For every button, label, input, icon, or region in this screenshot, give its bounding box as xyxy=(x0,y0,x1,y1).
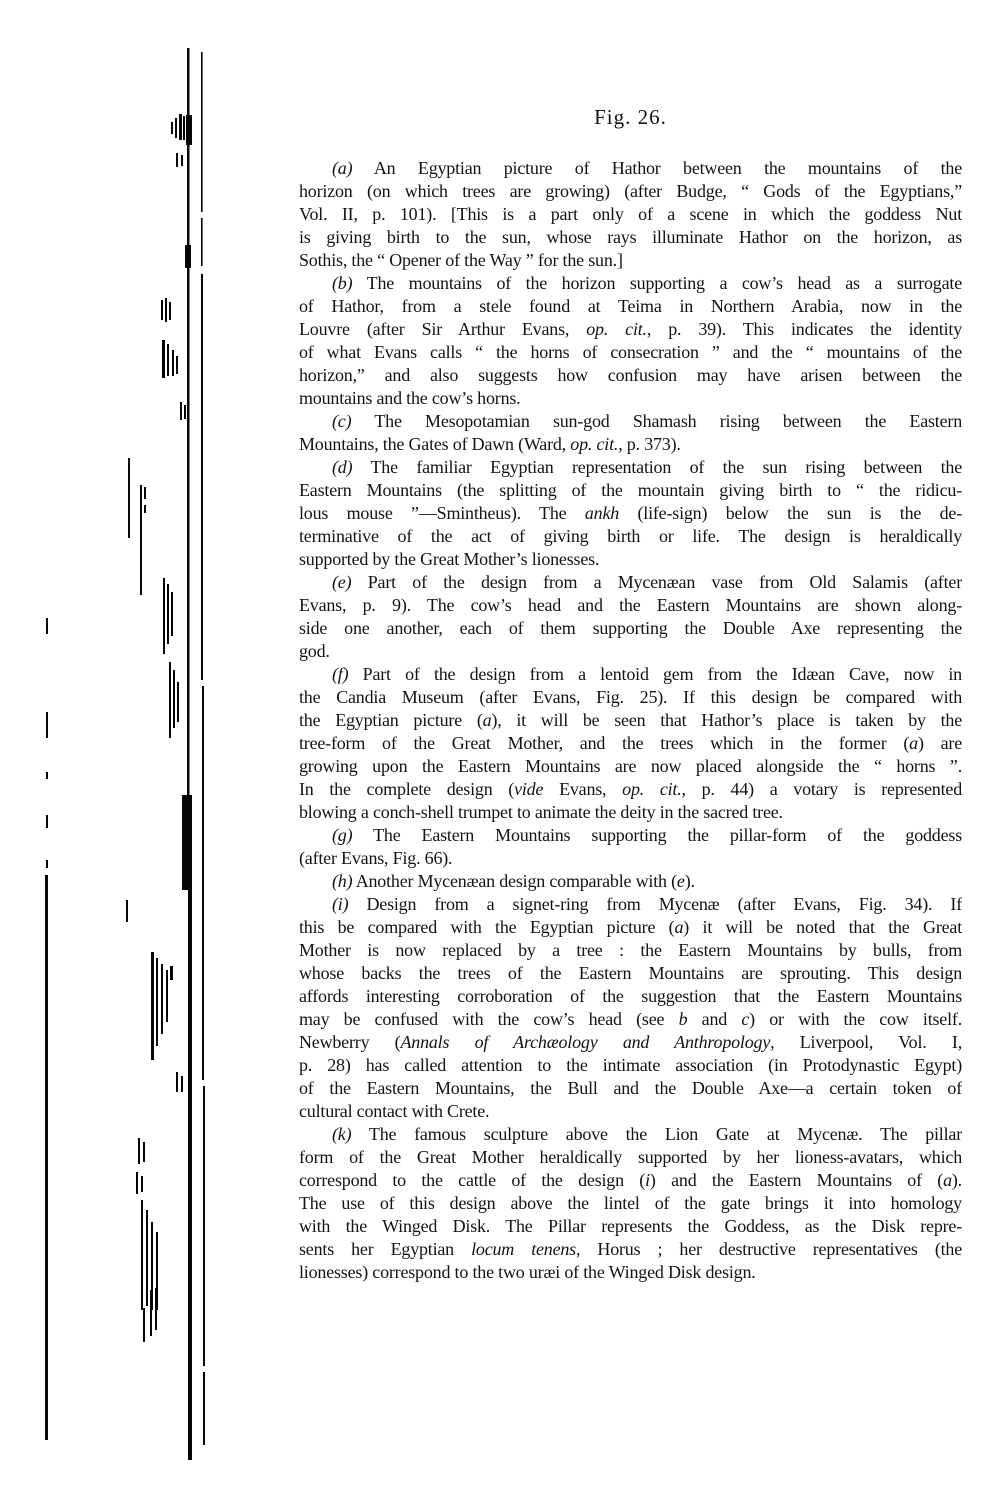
caption-line: cultural contact with Crete. xyxy=(299,1100,962,1123)
caption-line: (d) The familiar Egyptian representation… xyxy=(299,456,962,479)
caption-line: affords interesting corroboration of the… xyxy=(299,985,962,1008)
caption-line: sents her Egyptian locum tenens, Horus ;… xyxy=(299,1238,962,1261)
caption-line: (f) Part of the design from a lentoid ge… xyxy=(299,663,962,686)
caption-line: terminative of the act of giving birth o… xyxy=(299,525,962,548)
caption-line: (h) Another Mycenæan design comparable w… xyxy=(299,870,962,893)
caption-line: form of the Great Mother heraldically su… xyxy=(299,1146,962,1169)
caption-line: correspond to the cattle of the design (… xyxy=(299,1169,962,1192)
caption-line: of the Eastern Mountains, the Bull and t… xyxy=(299,1077,962,1100)
caption-line: (g) The Eastern Mountains supporting the… xyxy=(299,824,962,847)
caption-line: with the Winged Disk. The Pillar represe… xyxy=(299,1215,962,1238)
caption-line: the Candia Museum (after Evans, Fig. 25)… xyxy=(299,686,962,709)
caption-line: The use of this design above the lintel … xyxy=(299,1192,962,1215)
caption-line: horizon (on which trees are growing) (af… xyxy=(299,180,962,203)
caption-line: is giving birth to the sun, whose rays i… xyxy=(299,226,962,249)
caption-line: Mountains, the Gates of Dawn (Ward, op. … xyxy=(299,433,962,456)
caption-line: mountains and the cow’s horns. xyxy=(299,387,962,410)
caption-line: may be confused with the cow’s head (see… xyxy=(299,1008,962,1031)
figure-caption: (a) An Egyptian picture of Hathor betwee… xyxy=(299,157,962,1284)
caption-line: blowing a conch-shell trumpet to animate… xyxy=(299,801,962,824)
caption-line: In the complete design (vide Evans, op. … xyxy=(299,778,962,801)
caption-line: lous mouse ”—Smintheus). The ankh (life-… xyxy=(299,502,962,525)
caption-line: (b) The mountains of the horizon support… xyxy=(299,272,962,295)
caption-line: of what Evans calls “ the horns of conse… xyxy=(299,341,962,364)
caption-line: Sothis, the “ Opener of the Way ” for th… xyxy=(299,249,962,272)
caption-line: this be compared with the Egyptian pictu… xyxy=(299,916,962,939)
caption-line: god. xyxy=(299,640,962,663)
scanned-book-page: Fig. 26. (a) An Egyptian picture of Hath… xyxy=(0,0,993,1507)
caption-line: Newberry (Annals of Archæology and Anthr… xyxy=(299,1031,962,1054)
caption-line: Mother is now replaced by a tree : the E… xyxy=(299,939,962,962)
caption-line: Vol. II, p. 101). [This is a part only o… xyxy=(299,203,962,226)
caption-line: p. 28) has called attention to the intim… xyxy=(299,1054,962,1077)
caption-line: Louvre (after Sir Arthur Evans, op. cit.… xyxy=(299,318,962,341)
caption-line: lionesses) correspond to the two uræi of… xyxy=(299,1261,962,1284)
figure-title: Fig. 26. xyxy=(299,104,962,130)
caption-line: Evans, p. 9). The cow’s head and the Eas… xyxy=(299,594,962,617)
caption-line: of Hathor, from a stele found at Teima i… xyxy=(299,295,962,318)
caption-line: (after Evans, Fig. 66). xyxy=(299,847,962,870)
caption-line: horizon,” and also suggests how confusio… xyxy=(299,364,962,387)
caption-line: supported by the Great Mother’s lionesse… xyxy=(299,548,962,571)
caption-line: (k) The famous sculpture above the Lion … xyxy=(299,1123,962,1146)
caption-line: (a) An Egyptian picture of Hathor betwee… xyxy=(299,157,962,180)
caption-line: whose backs the trees of the Eastern Mou… xyxy=(299,962,962,985)
caption-line: (i) Design from a signet-ring from Mycen… xyxy=(299,893,962,916)
caption-line: (e) Part of the design from a Mycenæan v… xyxy=(299,571,962,594)
caption-line: side one another, each of them supportin… xyxy=(299,617,962,640)
caption-line: (c) The Mesopotamian sun-god Shamash ris… xyxy=(299,410,962,433)
text-column: Fig. 26. (a) An Egyptian picture of Hath… xyxy=(299,104,962,1284)
caption-line: tree-form of the Great Mother, and the t… xyxy=(299,732,962,755)
caption-line: Eastern Mountains (the splitting of the … xyxy=(299,479,962,502)
caption-line: the Egyptian picture (a), it will be see… xyxy=(299,709,962,732)
caption-line: growing upon the Eastern Mountains are n… xyxy=(299,755,962,778)
